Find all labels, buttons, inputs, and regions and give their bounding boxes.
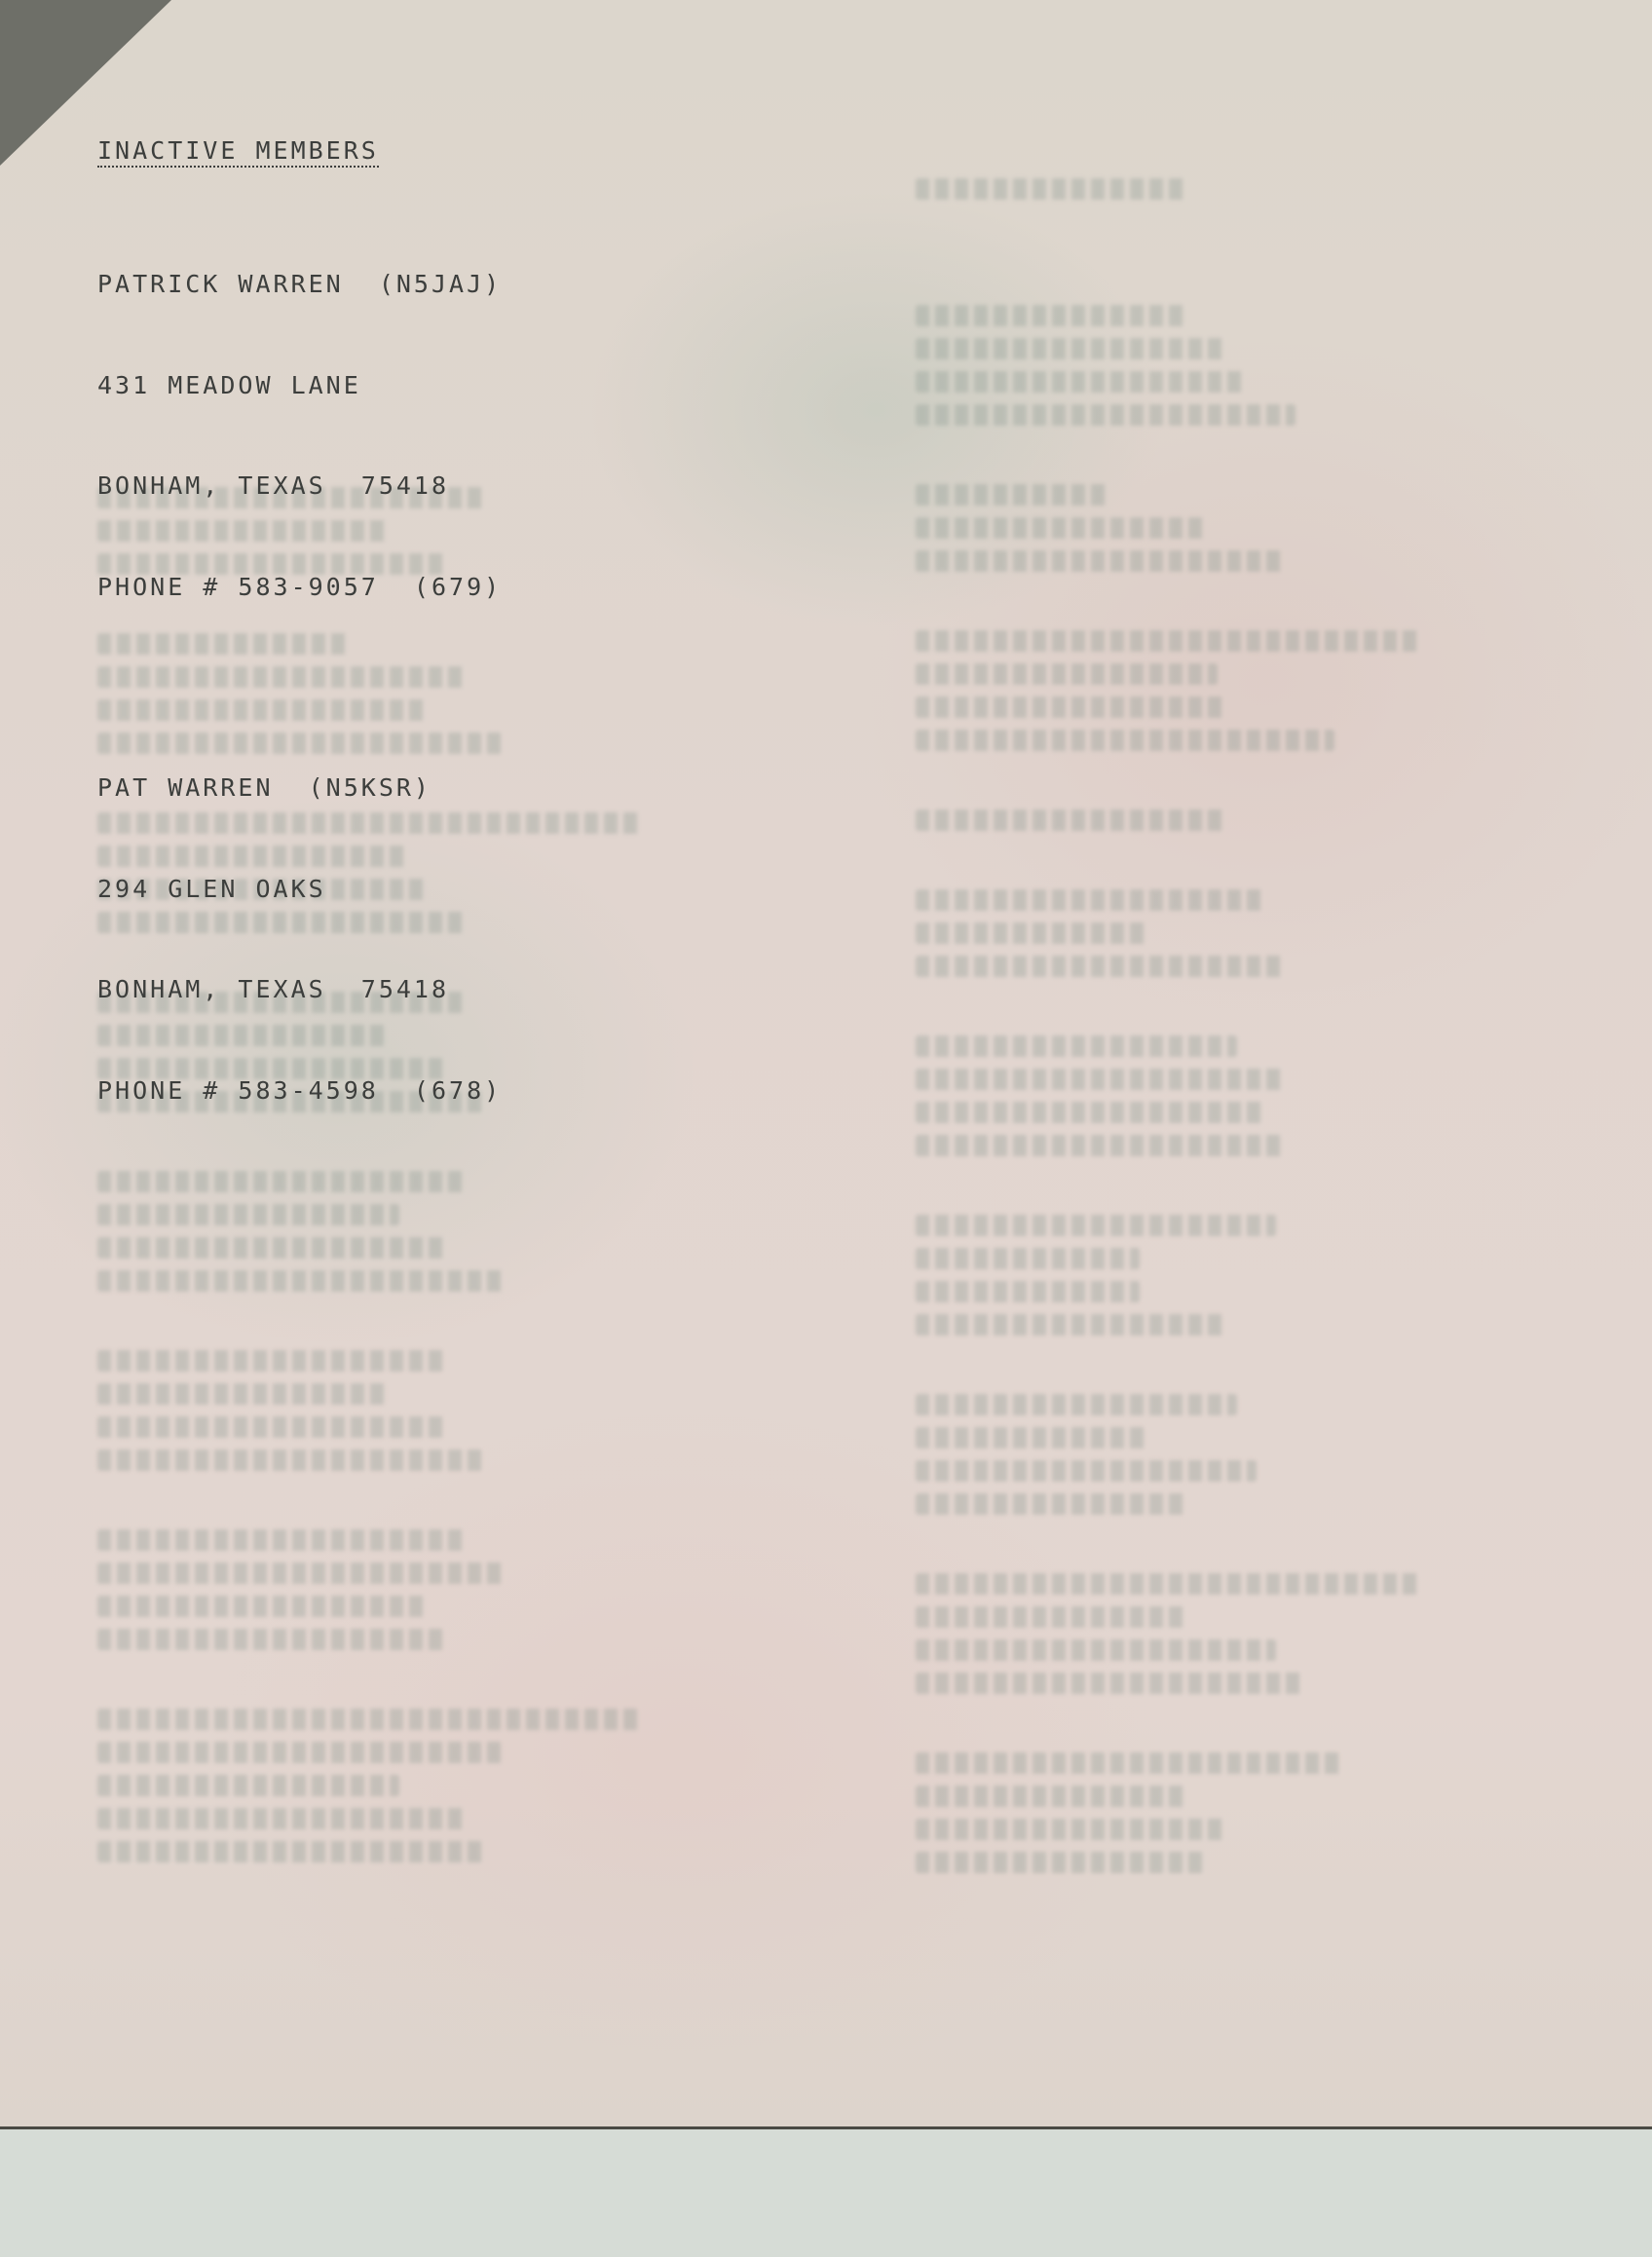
member-street: 431 MEADOW LANE — [97, 369, 502, 403]
member-callsign: (N5KSR) — [309, 773, 432, 802]
member-entry: PATRICK WARREN (N5JAJ) 431 MEADOW LANE B… — [97, 201, 502, 671]
member-phone: PHONE # 583-4598 (678) — [97, 1074, 502, 1109]
section-heading: INACTIVE MEMBERS — [97, 136, 379, 168]
member-city: BONHAM, TEXAS 75418 — [97, 470, 502, 504]
member-entry: PAT WARREN (N5KSR) 294 GLEN OAKS BONHAM,… — [97, 704, 502, 1175]
member-list: INACTIVE MEMBERS PATRICK WARREN (N5JAJ) … — [97, 134, 502, 1208]
member-phone: PHONE # 583-9057 (679) — [97, 571, 502, 605]
member-name: PAT WARREN — [97, 773, 274, 802]
member-city: BONHAM, TEXAS 75418 — [97, 973, 502, 1007]
bleed-through-right — [916, 132, 1422, 1885]
member-name: PATRICK WARREN — [97, 270, 344, 298]
member-name-line: PAT WARREN (N5KSR) — [97, 771, 502, 806]
member-name-line: PATRICK WARREN (N5JAJ) — [97, 268, 502, 302]
member-street: 294 GLEN OAKS — [97, 873, 502, 907]
member-callsign: (N5JAJ) — [379, 270, 502, 298]
